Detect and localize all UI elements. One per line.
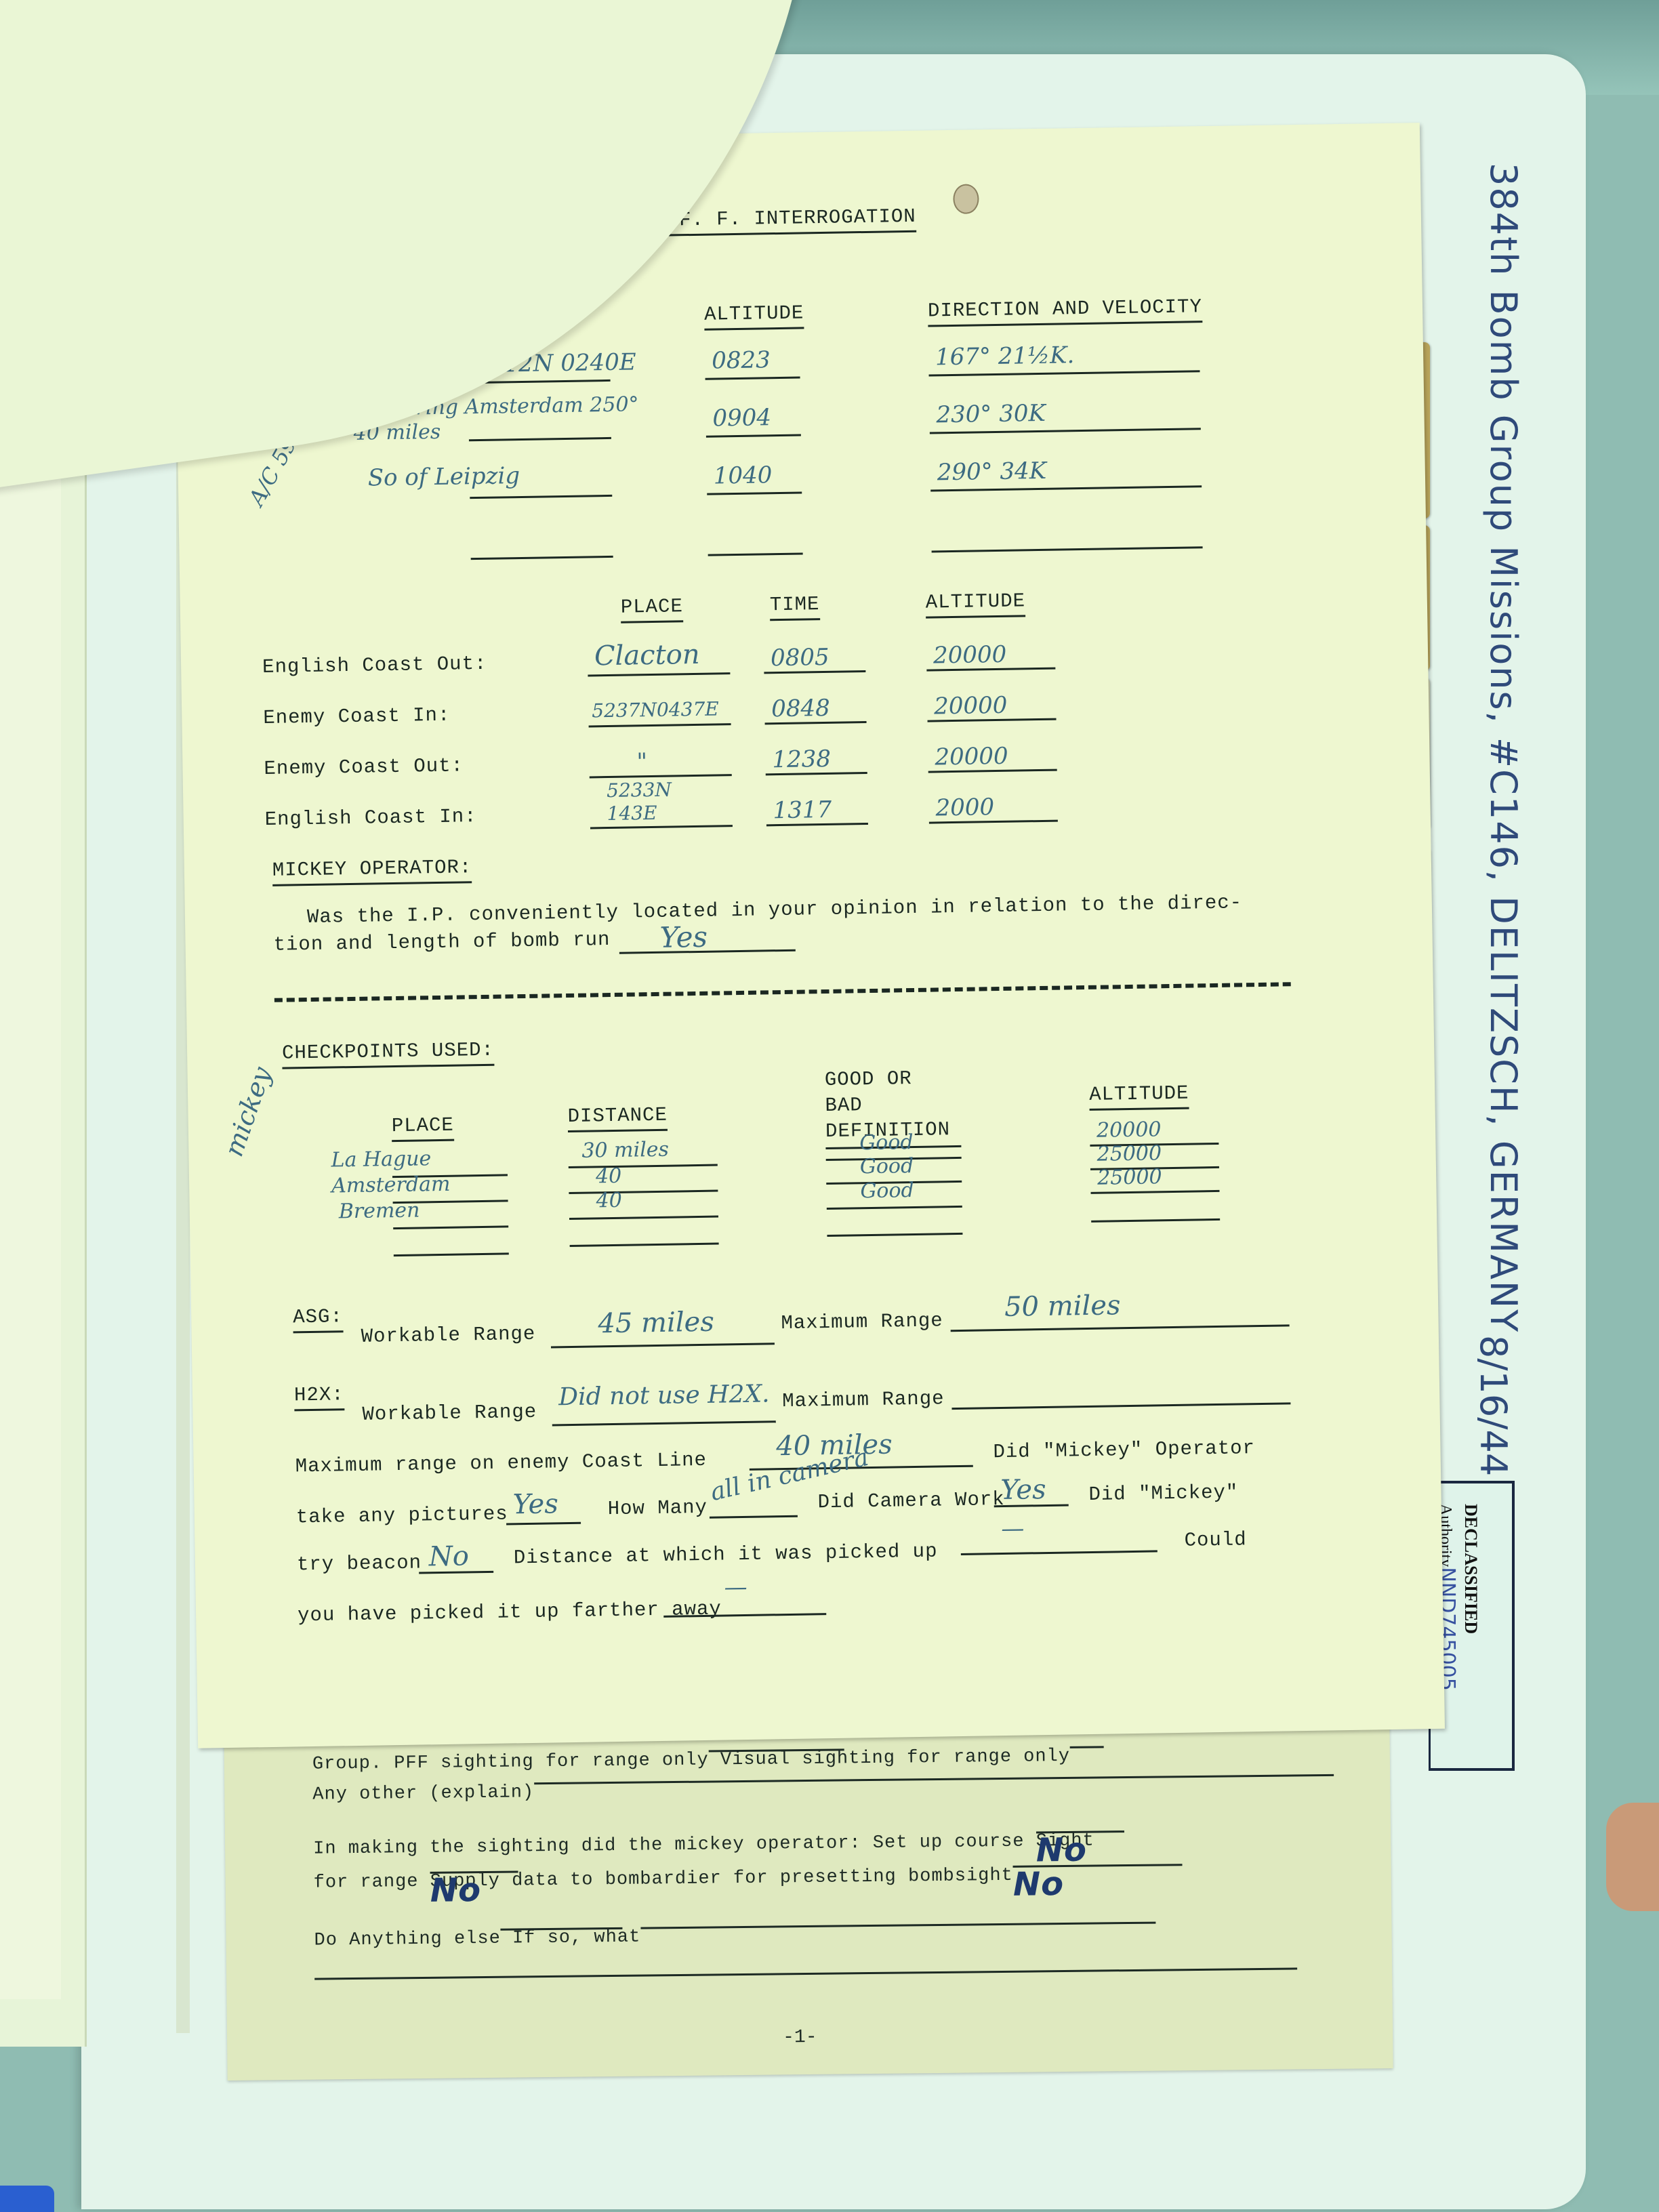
checkpoint-1-definition: Good bbox=[859, 1130, 914, 1155]
take-pictures-value: Yes bbox=[512, 1488, 558, 1520]
wind-row-2-altitude: 0904 bbox=[712, 404, 771, 432]
english-coast-out-altitude: 20000 bbox=[933, 641, 1007, 670]
enemy-coast-in-place: 5237N0437E bbox=[592, 697, 719, 722]
could-text: Could bbox=[1184, 1528, 1247, 1551]
back-line-6: Do Anything else If so, what bbox=[314, 1927, 640, 1951]
ip-question-line-2: tion and length of bomb run bbox=[273, 928, 610, 956]
wind-header-direction: DIRECTION AND VELOCITY bbox=[928, 295, 1202, 327]
english-coast-out-label: English Coast Out: bbox=[262, 653, 487, 678]
how-many-label: How Many bbox=[607, 1496, 708, 1520]
sight-for-range-answer: No bbox=[430, 1871, 482, 1910]
set-up-course-answer: No bbox=[1036, 1831, 1088, 1870]
asg-heading: ASG: bbox=[293, 1305, 343, 1333]
asg-workable-value: 45 miles bbox=[598, 1307, 714, 1340]
presetting-bombsight-answer: No bbox=[1013, 1865, 1065, 1904]
enemy-coast-out-label: Enemy Coast Out: bbox=[264, 754, 464, 780]
h2x-heading: H2X: bbox=[294, 1383, 344, 1411]
wind-row-2-direction: 230° 30K bbox=[936, 400, 1046, 429]
asg-workable-label: Workable Range bbox=[361, 1323, 535, 1348]
h2x-workable-label: Workable Range bbox=[362, 1401, 537, 1426]
did-mickey-operator-text: Did "Mickey" Operator bbox=[993, 1437, 1255, 1463]
page-number: -1- bbox=[783, 2027, 817, 2049]
coast-header-time: TIME bbox=[770, 593, 820, 621]
coast-header-altitude: ALTITUDE bbox=[926, 590, 1026, 618]
checkpoint-3-distance: 40 bbox=[596, 1189, 622, 1213]
asg-max-label: Maximum Range bbox=[781, 1309, 943, 1334]
enemy-coast-out-altitude: 20000 bbox=[935, 743, 1008, 771]
english-coast-out-place: Clacton bbox=[594, 639, 700, 672]
underlying-page: Assist) Visual (PFF Assist) Dropped on s… bbox=[224, 1696, 1393, 2081]
distance-picked-up-value: — bbox=[1001, 1515, 1025, 1543]
english-coast-in-label: English Coast In: bbox=[264, 805, 476, 831]
english-coast-out-time: 0805 bbox=[771, 644, 829, 672]
wind-row-3-place: So of Leipzig bbox=[368, 462, 520, 492]
ip-question-answer: Yes bbox=[659, 920, 708, 954]
max-range-coast-label: Maximum range on enemy Coast Line bbox=[295, 1449, 707, 1478]
enemy-coast-out-time: 1238 bbox=[772, 745, 831, 773]
back-line-5: for range No Supply data to bombardier f… bbox=[314, 1866, 1013, 1893]
english-coast-in-time: 1317 bbox=[773, 796, 832, 824]
english-coast-in-place: 5233N 143E bbox=[607, 778, 709, 825]
try-beacon-label: try beacon bbox=[297, 1551, 422, 1576]
binder-spine-label: 384th Bomb Group Missions, #C146, DELITZ… bbox=[1482, 163, 1525, 1333]
back-line-3: Any other (explain) bbox=[312, 1782, 534, 1805]
wind-row-1-direction: 167° 21½K. bbox=[935, 342, 1075, 371]
enemy-coast-in-altitude: 20000 bbox=[934, 692, 1008, 720]
enemy-coast-in-label: Enemy Coast In: bbox=[263, 704, 451, 729]
checkpoint-header-altitude: ALTITUDE bbox=[1089, 1082, 1189, 1111]
back-line-4: In making the sighting did the mickey op… bbox=[313, 1831, 1094, 1860]
mickey-margin-note: mickey bbox=[219, 1063, 277, 1160]
checkpoint-1-distance: 30 miles bbox=[581, 1138, 669, 1163]
enemy-coast-out-place: " bbox=[636, 748, 647, 775]
ip-question-line-1: Was the I.P. conveniently located in you… bbox=[307, 891, 1243, 928]
h2x-workable-value: Did not use H2X. bbox=[558, 1380, 770, 1411]
wind-row-3-direction: 290° 34K bbox=[937, 457, 1046, 487]
try-beacon-value: No bbox=[428, 1540, 469, 1572]
back-line-2: Group. PFF sighting for range only Visua… bbox=[312, 1746, 1070, 1775]
checkpoint-1-place: La Hague bbox=[331, 1147, 431, 1172]
take-pictures-label: take any pictures bbox=[296, 1502, 508, 1528]
checkpoint-header-distance: DISTANCE bbox=[567, 1104, 668, 1132]
mickey-operator-heading: MICKEY OPERATOR: bbox=[272, 856, 472, 886]
enemy-coast-in-time: 0848 bbox=[771, 695, 830, 722]
section-divider bbox=[274, 982, 1291, 1002]
asg-max-value: 50 miles bbox=[1004, 1290, 1121, 1323]
checkpoints-heading: CHECKPOINTS USED: bbox=[282, 1039, 494, 1069]
left-folder-page bbox=[0, 407, 61, 1999]
wind-row-1-altitude: 0823 bbox=[712, 346, 771, 374]
h2x-max-label: Maximum Range bbox=[782, 1387, 945, 1412]
blue-object bbox=[0, 2186, 54, 2212]
checkpoint-1-altitude: 20000 bbox=[1097, 1118, 1162, 1142]
checkpoint-2-altitude: 25000 bbox=[1097, 1141, 1162, 1166]
checkpoint-header-place: PLACE bbox=[392, 1114, 455, 1142]
camera-work-label: Did Camera Work bbox=[817, 1488, 1005, 1513]
binder-spine-date: 8/16/44 bbox=[1472, 1335, 1515, 1476]
farther-away-label: you have picked it up farther away bbox=[298, 1598, 722, 1627]
wind-row-3-altitude: 1040 bbox=[714, 462, 773, 489]
hand bbox=[1606, 1803, 1659, 1911]
checkpoint-2-distance: 40 bbox=[596, 1164, 622, 1189]
checkpoint-2-place: Amsterdam bbox=[331, 1172, 451, 1198]
distance-picked-up-label: Distance at which it was picked up bbox=[514, 1540, 938, 1570]
farther-away-value: — bbox=[724, 1574, 747, 1601]
checkpoint-3-definition: Good bbox=[860, 1179, 914, 1203]
wind-header-altitude: ALTITUDE bbox=[704, 302, 804, 330]
punch-hole bbox=[953, 184, 979, 214]
checkpoint-3-altitude: 25000 bbox=[1097, 1165, 1162, 1189]
did-mickey-text: Did "Mickey" bbox=[1088, 1481, 1238, 1506]
checkpoint-2-definition: Good bbox=[860, 1154, 914, 1179]
camera-work-value: Yes bbox=[1000, 1474, 1046, 1506]
checkpoint-3-place: Bremen bbox=[339, 1198, 420, 1223]
declassified-title: DECLASSIFIED bbox=[1460, 1504, 1481, 1634]
coast-header-place: PLACE bbox=[621, 595, 684, 623]
english-coast-in-altitude: 2000 bbox=[935, 794, 994, 821]
